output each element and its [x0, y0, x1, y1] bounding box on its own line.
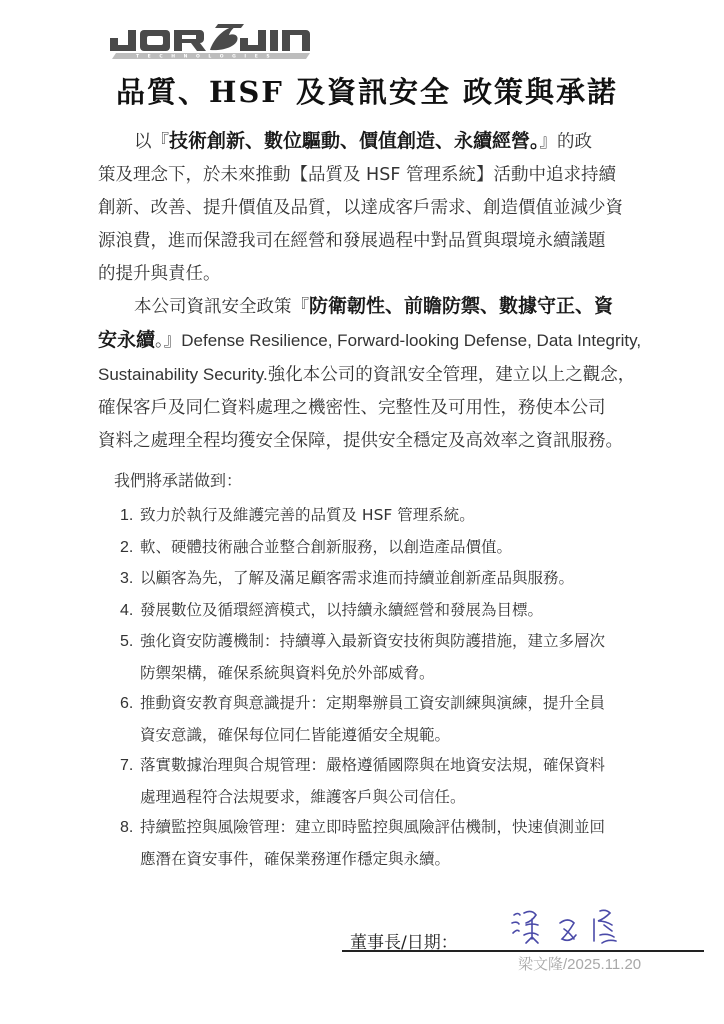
- item-number: 4.: [120, 596, 140, 627]
- paragraph-line: 確保客戶及同仁資料處理之機密性、完整性及可用性，務使本公司: [98, 392, 644, 425]
- signature-icon: [508, 905, 638, 955]
- paragraph-line: 本公司資訊安全政策『防衛韌性、前瞻防禦、數據守正、資: [98, 290, 644, 324]
- policy-motto: 技術創新、數位驅動、價值創造、永續經營。: [169, 130, 540, 152]
- paragraph-line: 源浪費，進而保證我司在經營和發展過程中對品質與環境永續議題: [98, 225, 644, 258]
- text-segment: 』的政: [540, 132, 593, 152]
- infosec-motto: 防衛韌性、前瞻防禦、數據守正、資: [309, 295, 613, 317]
- item-text-cont: 資安意識，確保每位同仁皆能遵循安全規範。: [120, 720, 660, 751]
- paragraph-line: 的提升與責任。: [98, 258, 644, 291]
- company-logo: TECHNOLOGIES: [106, 20, 316, 60]
- commitment-item: 7.落實數據治理與合規管理：嚴格遵循國際與在地資安法規，確保資料處理過程符合法規…: [120, 750, 660, 812]
- english-motto-cont: Sustainability Security.: [98, 365, 268, 384]
- commitment-item: 1.致力於執行及維護完善的品質及 HSF 管理系統。: [120, 500, 660, 532]
- item-text-cont: 應潛在資安事件，確保業務運作穩定與永續。: [120, 844, 660, 875]
- item-text-cont: 防禦架構，確保系統與資料免於外部威脅。: [120, 658, 660, 689]
- handwritten-signature: [508, 905, 638, 955]
- infosec-policy-paragraph: 本公司資訊安全政策『防衛韌性、前瞻防禦、數據守正、資 安永續。』Defense …: [98, 290, 644, 458]
- item-text: 以顧客為先，了解及滿足顧客需求進而持續並創新產品與服務。: [140, 569, 574, 587]
- commitments-heading: 我們將承諾做到：: [114, 468, 242, 491]
- commitment-item: 2.軟、硬體技術融合並整合創新服務，以創造產品價值。: [120, 532, 660, 564]
- commitment-item: 3.以顧客為先，了解及滿足顧客需求進而持續並創新產品與服務。: [120, 563, 660, 595]
- commitment-item: 8.持續監控與風險管理：建立即時監控與風險評估機制，快速偵測並回應潛在資安事件，…: [120, 812, 660, 874]
- item-number: 5.: [120, 627, 140, 658]
- paragraph-line: 安永續。』Defense Resilience, Forward-looking…: [98, 324, 644, 358]
- item-number: 8.: [120, 813, 140, 844]
- item-number: 7.: [120, 751, 140, 782]
- paragraph-line: 策及理念下，於未來推動【品質及 HSF 管理系統】活動中追求持續: [98, 159, 644, 192]
- text-segment: 本公司資訊安全政策『: [134, 297, 309, 317]
- quality-policy-paragraph: 以『技術創新、數位驅動、價值創造、永續經營。』的政 策及理念下，於未來推動【品質…: [98, 125, 644, 291]
- item-text: 落實數據治理與合規管理：嚴格遵循國際與在地資安法規，確保資料: [140, 756, 605, 774]
- english-motto: Defense Resilience, Forward-looking Defe…: [181, 331, 641, 350]
- item-number: 1.: [120, 501, 140, 532]
- paragraph-line: 以『技術創新、數位驅動、價值創造、永續經營。』的政: [98, 125, 644, 159]
- paragraph-line: 創新、改善、提升價值及品質，以達成客戶需求、創造價值並減少資: [98, 192, 644, 225]
- item-text: 強化資安防護機制：持續導入最新資安技術與防護措施，建立多層次: [140, 632, 605, 650]
- signature-line: [342, 950, 704, 952]
- jorjin-logo-icon: TECHNOLOGIES: [106, 20, 316, 60]
- page-title: 品質、HSF 及資訊安全 政策與承諾: [10, 70, 724, 111]
- item-text: 持續監控與風險管理：建立即時監控與風險評估機制，快速偵測並回: [140, 818, 605, 836]
- item-text-cont: 處理過程符合法規要求，維護客戶與公司信任。: [120, 782, 660, 813]
- commitments-list: 1.致力於執行及維護完善的品質及 HSF 管理系統。 2.軟、硬體技術融合並整合…: [120, 500, 660, 874]
- item-number: 6.: [120, 689, 140, 720]
- paragraph-line: Sustainability Security.強化本公司的資訊安全管理，建立以…: [98, 358, 644, 392]
- signature-name-date: 梁文隆/2025.11.20: [518, 953, 641, 974]
- commitment-item: 6.推動資安教育與意識提升：定期舉辦員工資安訓練與演練，提升全員資安意識，確保每…: [120, 688, 660, 750]
- item-number: 3.: [120, 564, 140, 595]
- paragraph-line: 資料之處理全程均獲安全保障，提供安全穩定及高效率之資訊服務。: [98, 425, 644, 458]
- infosec-motto-cont: 安永續: [98, 329, 155, 351]
- text-segment: 強化本公司的資訊安全管理，建立以上之觀念，: [268, 365, 636, 385]
- item-text: 致力於執行及維護完善的品質及 HSF 管理系統。: [140, 506, 475, 524]
- item-text: 軟、硬體技術融合並整合創新服務，以創造產品價值。: [140, 538, 512, 556]
- item-text: 推動資安教育與意識提升：定期舉辦員工資安訓練與演練，提升全員: [140, 694, 605, 712]
- commitment-item: 4.發展數位及循環經濟模式，以持續永續經營和發展為目標。: [120, 595, 660, 627]
- text-segment: 以『: [134, 132, 169, 152]
- text-segment: 。』: [155, 331, 181, 351]
- svg-text:TECHNOLOGIES: TECHNOLOGIES: [136, 54, 278, 60]
- commitment-item: 5.強化資安防護機制：持續導入最新資安技術與防護措施，建立多層次防禦架構，確保系…: [120, 626, 660, 688]
- item-number: 2.: [120, 533, 140, 564]
- item-text: 發展數位及循環經濟模式，以持續永續經營和發展為目標。: [140, 601, 543, 619]
